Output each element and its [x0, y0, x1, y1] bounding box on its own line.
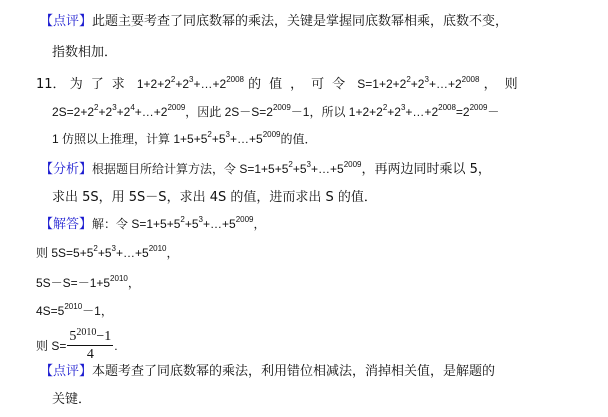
review-text-cont: 指数相加．	[52, 45, 117, 60]
analysis-paragraph-cont: 求出 5S，用 5S－S，求出 4S 的值，进而求出 S 的值．	[52, 189, 377, 207]
math-expr: S=1+2+22+23+…+22008	[357, 77, 479, 91]
problem-text: ，则	[484, 77, 526, 92]
problem-11-line-2: 2S=2+22+23+24+…+22009，因此 2S－S=22009－1，所以…	[52, 103, 499, 121]
analysis-paragraph: 【分析】根据题目所给计算方法，令 S=1+5+52+53+…+52009，再两边…	[40, 160, 491, 179]
review-tag: 【点评】	[40, 14, 92, 29]
review-paragraph-1: 【点评】此题主要考查了同底数幂的乘法，关键是掌握同底数幂相乘，底数不变，	[40, 13, 508, 31]
review-paragraph-1-cont: 指数相加．	[52, 44, 117, 62]
problem-intro: 为了求	[70, 77, 133, 92]
review-tag-2: 【点评】	[40, 364, 92, 379]
solution-line-5: 则 S=52010−14.	[36, 326, 118, 366]
review-paragraph-2: 【点评】本题考查了同底数幂的乘法，利用错位相减法，消掉相关值，是解题的	[40, 363, 495, 381]
solution-tag: 【解答】	[40, 217, 92, 232]
solution-line-4: 4S=52010－1，	[36, 302, 113, 320]
problem-11-line-1: 11． 为了求 1+2+22+23+…+22008 的值，可令 S=1+2+22…	[36, 75, 526, 94]
problem-11-line-3: 1 仿照以上推理，计算 1+5+52+53+…+52009的值．	[52, 130, 317, 148]
fraction: 52010−14	[67, 329, 113, 364]
solution-line-2: 则 5S=5+52+53+…+52010，	[36, 244, 179, 262]
analysis-tag: 【分析】	[40, 162, 92, 177]
solution-line-1: 【解答】解：令 S=1+5+52+53+…+52009，	[40, 215, 266, 234]
problem-number: 11．	[36, 77, 66, 92]
problem-text: 的值，可令	[248, 77, 353, 92]
review-paragraph-2-cont: 关键．	[52, 391, 91, 409]
solution-line-3: 5S－S=－1+52010，	[36, 274, 140, 292]
review-text: 此题主要考查了同底数幂的乘法，关键是掌握同底数幂相乘，底数不变，	[92, 14, 508, 29]
math-expr: 1+2+22+23+…+22008	[137, 77, 244, 91]
